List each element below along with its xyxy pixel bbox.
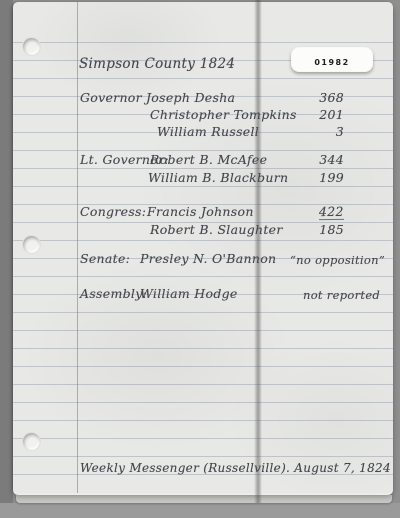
candidate-name: Christopher Tompkins	[150, 108, 297, 122]
margin-line	[77, 2, 78, 493]
vote-count: 201	[292, 108, 344, 122]
candidate-name: Robert B. Slaughter	[150, 223, 283, 237]
vote-count: 185	[292, 223, 344, 237]
candidate-name: Francis Johnson	[147, 205, 254, 219]
office-label: Governor	[80, 91, 142, 105]
vote-count: 368	[292, 91, 344, 105]
vote-count: 199	[292, 171, 344, 185]
vote-count: 344	[292, 153, 344, 167]
candidate-name: William B. Blackburn	[148, 171, 288, 185]
office-label: Assembly:	[80, 287, 147, 301]
candidate-name: William Russell	[157, 125, 259, 139]
notebook-page: 01982 Simpson County 1824 Governor Josep…	[13, 2, 393, 493]
source-citation: Weekly Messenger (Russellville). August …	[80, 461, 391, 475]
binder-hole	[22, 432, 41, 451]
scanner-background-bottom	[0, 503, 400, 518]
office-label: Congress:	[80, 205, 146, 219]
page-title: Simpson County 1824	[79, 57, 235, 71]
result-note: “no opposition”	[290, 253, 385, 267]
vote-count: 3	[292, 125, 344, 139]
candidate-name: Joseph Desha	[146, 91, 235, 105]
document-scan: 01982 Simpson County 1824 Governor Josep…	[0, 0, 400, 518]
scanner-background-left	[0, 0, 13, 518]
pages-edge-below	[16, 495, 392, 503]
binder-hole	[22, 37, 41, 56]
fold-crease-shadow	[254, 0, 262, 503]
candidate-name: Robert B. McAfee	[150, 153, 267, 167]
archive-label-number: 01982	[314, 58, 349, 67]
archive-label: 01982	[291, 47, 373, 72]
result-note: not reported	[303, 288, 380, 302]
office-label: Senate:	[80, 252, 130, 266]
vote-count: 422	[292, 205, 344, 220]
binder-hole	[22, 235, 41, 254]
candidate-name: William Hodge	[140, 287, 238, 301]
underlined-vote-count: 422	[319, 205, 344, 220]
